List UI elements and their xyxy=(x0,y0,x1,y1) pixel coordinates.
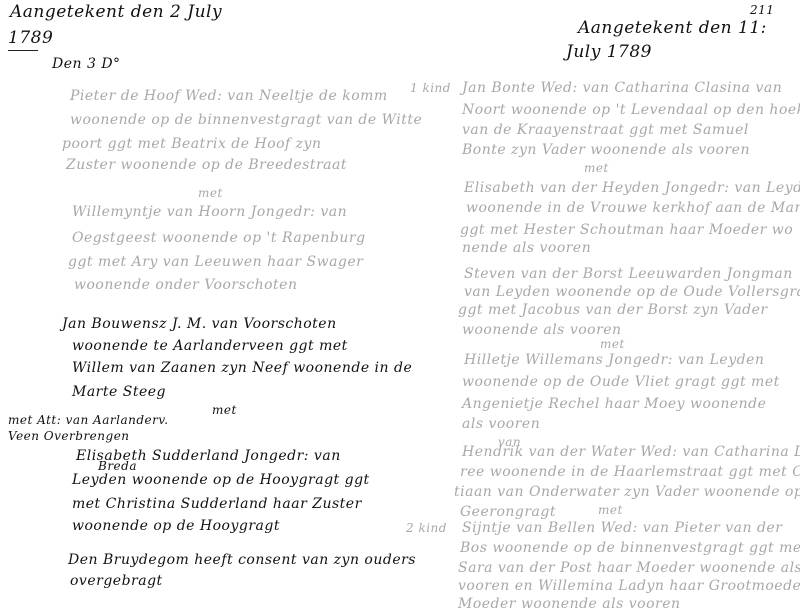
entry-line: Pieter de Hoof Wed: van Neeltje de komm xyxy=(70,88,388,104)
entry-line: woonende op de Hooygragt xyxy=(72,518,280,534)
entry-line: Willem van Zaanen zyn Neef woonende in d… xyxy=(72,360,412,376)
margin-note-line: met Att: van Aarlanderv. xyxy=(8,412,169,428)
right-header-line1: Aangetekent den 11: xyxy=(578,20,767,36)
connector-met: met xyxy=(584,160,609,176)
entry-line: ree woonende in de Haarlemstraat ggt met… xyxy=(460,464,800,480)
entry-line: Bonte zyn Vader woonende als vooren xyxy=(462,142,750,158)
left-header-line1: Aangetekent den 2 July xyxy=(10,4,222,20)
margin-child-count: 2 kind xyxy=(406,520,447,536)
right-page: 211 Aangetekent den 11: July 1789 1 kind… xyxy=(400,0,800,612)
entry-line: Jan Bouwensz J. M. van Voorschoten xyxy=(62,316,337,332)
entry-line: Moeder woonende als vooren xyxy=(458,596,681,612)
connector-met: met xyxy=(598,502,623,518)
page-number: 211 xyxy=(750,2,774,18)
note-line: overgebragt xyxy=(70,573,163,589)
entry-line: vooren en Willemina Ladyn haar Grootmoed… xyxy=(458,578,800,594)
connector-met: met xyxy=(198,185,223,201)
connector-met: met xyxy=(600,336,625,352)
entry-line: woonende op de binnenvestgragt van de Wi… xyxy=(70,112,422,128)
entry-line: Willemyntje van Hoorn Jongedr: van xyxy=(72,204,347,220)
entry-line: tiaan van Onderwater zyn Vader woonende … xyxy=(454,484,800,500)
entry-line: nende als vooren xyxy=(462,240,591,256)
entry-line: Jan Bonte Wed: van Catharina Clasina van xyxy=(462,80,782,96)
entry-line: Elisabeth Sudderland Jongedr: van xyxy=(76,448,341,464)
entry-line: Leyden woonende op de Hooygragt ggt xyxy=(72,472,370,488)
entry-line: Hendrik van der Water Wed: van Catharina… xyxy=(462,444,800,460)
entry-line: Marte Steeg xyxy=(72,384,166,400)
entry-line: van de Kraayenstraat ggt met Samuel xyxy=(462,122,749,138)
entry-line: Noort woonende op 't Levendaal op den ho… xyxy=(462,102,800,118)
entry-line: ggt met Hester Schoutman haar Moeder wo xyxy=(460,222,793,238)
entry-line: woonende onder Voorschoten xyxy=(74,277,297,293)
left-header-year: 1789 xyxy=(8,30,53,46)
margin-child-count: 1 kind xyxy=(410,80,451,96)
entry-line: Steven van der Borst Leeuwarden Jongman xyxy=(464,266,793,282)
header-underline xyxy=(8,50,38,51)
entry-line: Oegstgeest woonende op 't Rapenburg xyxy=(72,230,366,246)
entry-line: met Christina Sudderland haar Zuster xyxy=(72,496,362,512)
entry-line: woonende op de Oude Vliet gragt ggt met xyxy=(462,374,780,390)
entry-line: woonende in de Vrouwe kerkhof aan de Mar… xyxy=(466,200,800,216)
right-header-line2: July 1789 xyxy=(566,44,652,60)
note-line: Den Bruydegom heeft consent van zyn oude… xyxy=(68,552,416,568)
entry-line: woonende te Aarlanderveen ggt met xyxy=(72,338,348,354)
entry-line: van Leyden woonende op de Oude Vollersgr… xyxy=(464,284,800,300)
entry-line: poort ggt met Beatrix de Hoof zyn xyxy=(62,136,321,152)
entry-line: Angenietje Rechel haar Moey woonende xyxy=(462,396,766,412)
connector-met: met xyxy=(212,402,237,418)
entry-line: ggt met Jacobus van der Borst zyn Vader xyxy=(458,302,768,318)
entry-line: Zuster woonende op de Breedestraat xyxy=(66,157,347,173)
left-page: Aangetekent den 2 July 1789 Den 3 D° Pie… xyxy=(0,0,400,612)
entry-line: Sijntje van Bellen Wed: van Pieter van d… xyxy=(462,520,782,536)
entry-line: Hilletje Willemans Jongedr: van Leyden xyxy=(464,352,764,368)
entry-line: woonende als vooren xyxy=(462,322,622,338)
entry-line: Elisabeth van der Heyden Jongedr: van Le… xyxy=(464,180,800,196)
entry-line: als vooren xyxy=(462,416,540,432)
date-mark: Den 3 D° xyxy=(52,56,121,72)
entry-line: Geerongragt xyxy=(460,504,556,520)
margin-note-line: Veen Overbrengen xyxy=(8,428,130,444)
entry-line: ggt met Ary van Leeuwen haar Swager xyxy=(68,254,363,270)
entry-line: Bos woonende op de binnenvestgragt ggt m… xyxy=(460,540,800,556)
entry-line: Sara van der Post haar Moeder woonende a… xyxy=(458,560,800,576)
